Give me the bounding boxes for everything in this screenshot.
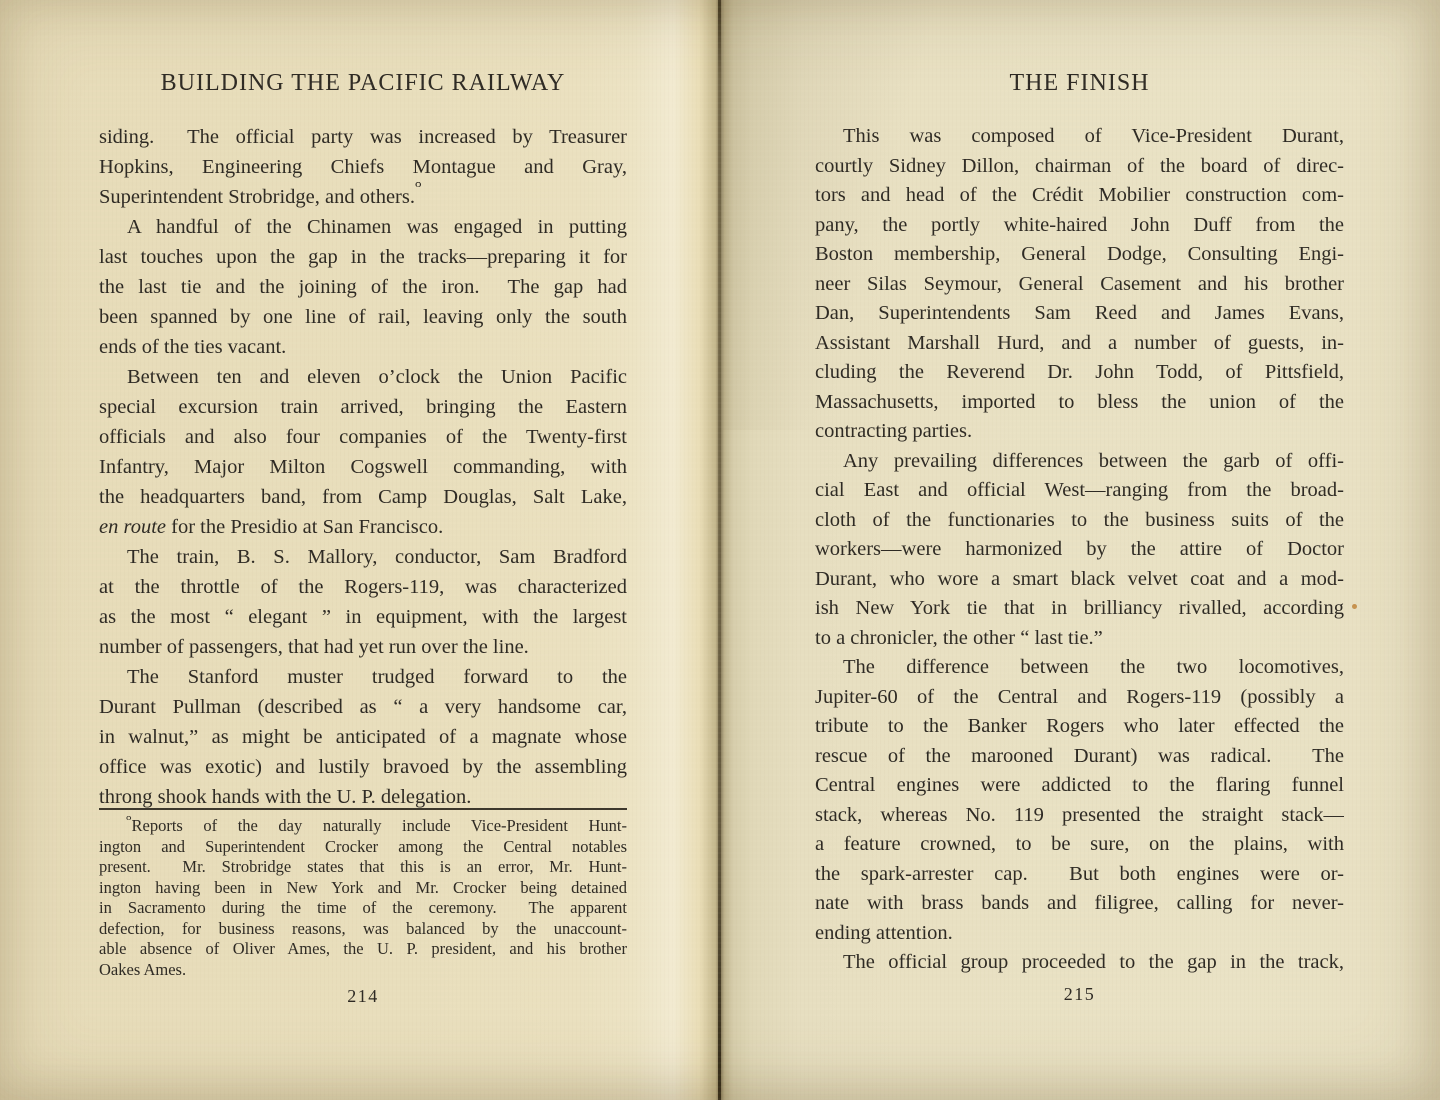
text-line: special excursion train arrived, bringin… <box>99 392 627 422</box>
text-line: The difference between the two locomotiv… <box>815 653 1344 683</box>
text-line: the last tie and the joining of the iron… <box>99 272 627 302</box>
text-line: neer Silas Seymour, General Casement and… <box>815 270 1344 300</box>
text-line: the headquarters band, from Camp Douglas… <box>99 482 627 512</box>
text-line: Durant Pullman (described as “ a very ha… <box>99 692 627 722</box>
text-line: to a chronicler, the other “ last tie.” <box>815 624 1344 654</box>
paragraph: Between ten and eleven o’clock the Union… <box>99 362 627 542</box>
footnote-line: able absence of Oliver Ames, the U. P. p… <box>99 939 627 960</box>
text-line: siding. The official party was increased… <box>99 122 627 152</box>
text-line: officials and also four companies of the… <box>99 422 627 452</box>
text-line: The official group proceeded to the gap … <box>815 948 1344 978</box>
text-run: for the Presidio at San Francisco. <box>166 516 443 538</box>
paper-speck <box>1352 604 1357 609</box>
text-line: Boston membership, General Dodge, Consul… <box>815 240 1344 270</box>
text-line: contracting parties. <box>815 417 1344 447</box>
text-line: pany, the portly white-haired John Duff … <box>815 211 1344 241</box>
text-line: Any prevailing differences between the g… <box>815 447 1344 477</box>
footnote-reference: 8 <box>415 182 422 190</box>
text-line: Durant, who wore a smart black velvet co… <box>815 565 1344 595</box>
text-line: Superintendent Strobridge, and others.8 <box>99 182 627 212</box>
text-line: This was composed of Vice-President Dura… <box>815 122 1344 152</box>
paragraph: This was composed of Vice-President Dura… <box>815 122 1344 447</box>
footnote-marker: 8 <box>126 816 132 823</box>
left-running-head: BUILDING THE PACIFIC RAILWAY <box>99 70 627 96</box>
footnote-rule <box>99 808 627 810</box>
text-line: ending attention. <box>815 919 1344 949</box>
text-line: cluding the Reverend Dr. John Todd, of P… <box>815 358 1344 388</box>
footnote-line: 8Reports of the day naturally include Vi… <box>99 816 627 837</box>
gutter-crease <box>718 0 721 1100</box>
text-line: office was exotic) and lustily bravoed b… <box>99 752 627 782</box>
text-line: Dan, Superintendents Sam Reed and James … <box>815 299 1344 329</box>
paragraph: siding. The official party was increased… <box>99 122 627 212</box>
text-line: stack, whereas No. 119 presented the str… <box>815 801 1344 831</box>
paragraph: The difference between the two locomotiv… <box>815 653 1344 948</box>
right-page-number: 215 <box>815 984 1344 1005</box>
footnote-line: ington and Superintendent Crocker among … <box>99 837 627 858</box>
right-running-head: THE FINISH <box>815 70 1344 96</box>
text-line: last touches upon the gap in the tracks—… <box>99 242 627 272</box>
footnote: 8Reports of the day naturally include Vi… <box>99 816 627 980</box>
text-line: workers—were harmonized by the attire of… <box>815 535 1344 565</box>
paragraph: The train, B. S. Mallory, conductor, Sam… <box>99 542 627 662</box>
text-line: Central engines were addicted to the fla… <box>815 771 1344 801</box>
text-line: cial East and official West—ranging from… <box>815 476 1344 506</box>
right-page-body: This was composed of Vice-President Dura… <box>815 122 1344 978</box>
paragraph: The Stanford muster trudged forward to t… <box>99 662 627 812</box>
paragraph: A handful of the Chinamen was engaged in… <box>99 212 627 362</box>
text-line: Massachusetts, imported to bless the uni… <box>815 388 1344 418</box>
left-page-body: siding. The official party was increased… <box>99 122 627 812</box>
text-line: ish New York tie that in brilliancy riva… <box>815 594 1344 624</box>
text-line: in walnut,” as might be anticipated of a… <box>99 722 627 752</box>
footnote-line: ington having been in New York and Mr. C… <box>99 878 627 899</box>
text-line: The Stanford muster trudged forward to t… <box>99 662 627 692</box>
text-line: tors and head of the Crédit Mobilier con… <box>815 181 1344 211</box>
footnote-line: present. Mr. Strobridge states that this… <box>99 857 627 878</box>
text-line: cloth of the functionaries to the busine… <box>815 506 1344 536</box>
text-line: nate with brass bands and filigree, call… <box>815 889 1344 919</box>
text-line: at the throttle of the Rogers-119, was c… <box>99 572 627 602</box>
text-line: Between ten and eleven o’clock the Union… <box>99 362 627 392</box>
text-line: courtly Sidney Dillon, chairman of the b… <box>815 152 1344 182</box>
text-line: been spanned by one line of rail, leavin… <box>99 302 627 332</box>
book-spread: BUILDING THE PACIFIC RAILWAY THE FINISH … <box>0 0 1440 1100</box>
text-line: tribute to the Banker Rogers who later e… <box>815 712 1344 742</box>
text-run: Superintendent Strobridge, and others. <box>99 186 415 208</box>
text-line: number of passengers, that had yet run o… <box>99 632 627 662</box>
text-run: Reports of the day naturally include Vic… <box>132 816 628 835</box>
paragraph: The official group proceeded to the gap … <box>815 948 1344 978</box>
text-line: A handful of the Chinamen was engaged in… <box>99 212 627 242</box>
text-line: Jupiter-60 of the Central and Rogers-119… <box>815 683 1344 713</box>
paragraph: Any prevailing differences between the g… <box>815 447 1344 654</box>
footnote-line: defection, for business reasons, was bal… <box>99 919 627 940</box>
text-line: rescue of the marooned Durant) was radic… <box>815 742 1344 772</box>
footnote-line: Oakes Ames. <box>99 960 627 981</box>
text-line: a feature crowned, to be sure, on the pl… <box>815 830 1344 860</box>
text-line: Infantry, Major Milton Cogswell commandi… <box>99 452 627 482</box>
left-page-number: 214 <box>99 986 627 1007</box>
italic-text-run: en route <box>99 516 166 538</box>
text-line: en route for the Presidio at San Francis… <box>99 512 627 542</box>
text-line: The train, B. S. Mallory, conductor, Sam… <box>99 542 627 572</box>
text-line: Assistant Marshall Hurd, and a number of… <box>815 329 1344 359</box>
text-line: Hopkins, Engineering Chiefs Montague and… <box>99 152 627 182</box>
text-line: the spark-arrester cap. But both engines… <box>815 860 1344 890</box>
text-line: ends of the ties vacant. <box>99 332 627 362</box>
footnote-line: in Sacramento during the time of the cer… <box>99 898 627 919</box>
text-line: as the most “ elegant ” in equipment, wi… <box>99 602 627 632</box>
